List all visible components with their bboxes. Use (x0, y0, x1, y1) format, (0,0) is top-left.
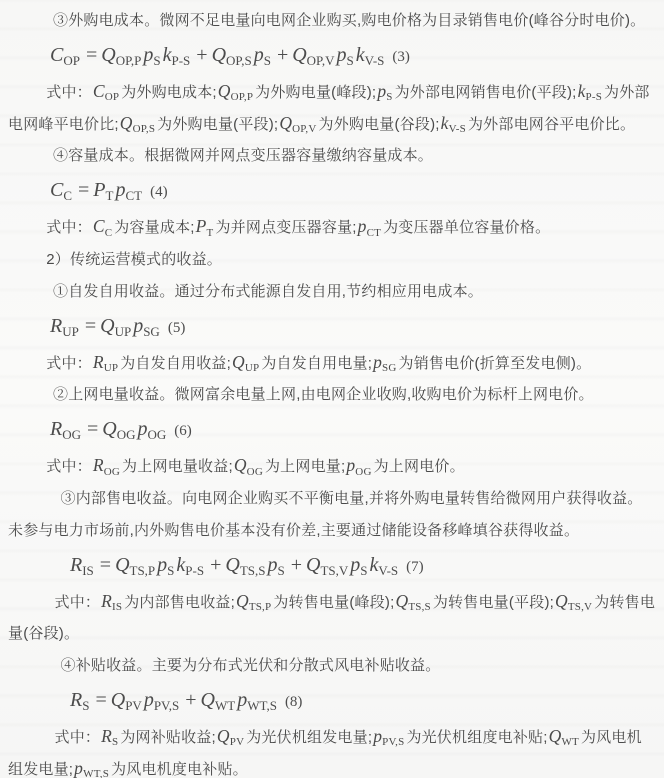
math-variable: Q (201, 689, 215, 711)
math-variable: R (101, 726, 112, 746)
text-run: 为风电机度电补贴。 (111, 761, 248, 778)
math-variable: Q (212, 44, 226, 66)
math-subscript: P-S (185, 563, 204, 578)
math-variable: Q (115, 554, 129, 576)
math-subscript: OG (117, 427, 136, 442)
math-subscript: OG (247, 466, 263, 478)
text-run: 为光伏机组发电量; (246, 729, 372, 746)
text-run: 为上网电价。 (374, 458, 465, 475)
math-subscript: IS (82, 563, 94, 578)
math-variable: Q (120, 113, 133, 133)
text-run: 为上网电量收益; (122, 458, 233, 475)
math-variable: Q (234, 455, 247, 475)
math-subscript: WT,S (247, 698, 277, 713)
equation-number: (5) (168, 320, 186, 336)
math-variable: R (70, 554, 82, 576)
math-subscript: PV (230, 736, 244, 748)
math-subscript: S (386, 91, 392, 103)
paragraph-p1: ③外购电成本。微网不足电量向电网企业购买,购电价格为目录销售电价(峰谷分时电价)… (8, 5, 656, 37)
text-run: 为内部售电收益; (124, 594, 235, 611)
math-variable: p (133, 315, 143, 337)
paragraph-p6: 式中：CC为容量成本;PT为并网点变压器容量;pCT为变压器单位容量价格。 (8, 212, 656, 244)
text-run: 为转售电量(平段); (433, 594, 554, 611)
math-variable: p (267, 554, 277, 576)
math-subscript: CT (125, 188, 142, 203)
math-subscript: OG (148, 427, 167, 442)
math-subscript: OG (104, 466, 120, 478)
text-run: ④补贴收益。主要为分布式光伏和分散式风电补贴收益。 (61, 657, 441, 674)
text-run: 为转售电量(峰段); (273, 594, 394, 611)
formula-f6: ROG=QOGpOG(6) (50, 417, 656, 442)
math-subscript: TS,S (408, 601, 431, 613)
math-subscript: SG (143, 324, 160, 339)
paragraph-p13: 式中：ROG为上网电量收益;QOG为上网电量;pOG为上网电价。 (8, 451, 656, 483)
text-run: 为上网电量; (265, 458, 345, 475)
math-operator: + (185, 689, 196, 711)
math-subscript: UP (115, 324, 132, 339)
math-subscript: UP (245, 362, 259, 374)
math-subscript: TS,P (130, 563, 156, 578)
formula-f8: RS=QPVpPV,S+QWTpWT,S(8) (70, 688, 656, 713)
math-variable: R (50, 315, 62, 337)
math-variable: p (377, 81, 386, 101)
math-subscript: TS,V (568, 601, 592, 613)
math-subscript: SG (382, 362, 396, 374)
math-subscript: S (360, 563, 367, 578)
math-variable: R (70, 689, 82, 711)
text-run: 为外购电量(峰段); (255, 84, 376, 101)
text-run: 为容量成本; (114, 219, 194, 236)
math-variable: Q (100, 315, 114, 337)
text-run: 为销售电价(折算至发电侧)。 (399, 355, 592, 372)
math-subscript: CT (367, 227, 381, 239)
math-variable: p (74, 758, 83, 778)
paragraph-p17: ④补贴收益。主要为分布式光伏和分散式风电补贴收益。 (8, 650, 656, 682)
text-run: 式中： (46, 219, 92, 236)
math-variable: k (441, 113, 449, 133)
paragraph-p7: 2）传统运营模式的收益。 (8, 244, 656, 276)
math-variable: Q (306, 554, 320, 576)
paragraph-p14: ③内部售电收益。向电网企业购买不平衡电量,并将外购电量转售给微网用户获得收益。未… (8, 483, 656, 547)
math-variable: p (373, 726, 382, 746)
math-subscript: C (105, 227, 113, 239)
math-operator: = (78, 179, 89, 201)
math-operator: + (277, 44, 288, 66)
math-subscript: T (207, 227, 214, 239)
math-subscript: OG (62, 427, 81, 442)
math-variable: C (50, 44, 63, 66)
text-run: 式中： (46, 355, 92, 372)
math-subscript: WT (561, 736, 579, 748)
math-variable: k (578, 81, 586, 101)
text-run: 式中： (55, 594, 101, 611)
math-variable: R (101, 591, 112, 611)
math-operator: + (196, 44, 207, 66)
math-variable: p (358, 216, 367, 236)
equation-number: (3) (392, 49, 410, 65)
text-run: 式中： (46, 458, 92, 475)
math-subscript: OP,P (231, 91, 254, 103)
text-run: ①自发自用收益。通过分布式能源自发自用,节约相应用电成本。 (53, 283, 483, 300)
math-variable: Q (236, 591, 249, 611)
math-subscript: V-S (378, 563, 398, 578)
math-variable: p (138, 418, 148, 440)
math-subscript: S (167, 563, 174, 578)
math-subscript: OG (355, 466, 371, 478)
document-page: ③外购电成本。微网不足电量向电网企业购买,购电价格为目录销售电价(峰谷分时电价)… (0, 0, 664, 778)
math-subscript: S (153, 53, 160, 68)
paragraph-p3: 式中：COP为外购电成本;QOP,P为外购电量(峰段);pS为外部电网销售电价(… (8, 77, 656, 141)
paragraph-p19: 式中：RS为网补贴收益;QPV为光伏机组发电量;pPV,S为光伏机组度电补贴;Q… (8, 722, 656, 778)
equation-number: (8) (285, 694, 303, 710)
text-run: ②上网电量收益。微网富余电量上网,由电网企业收购,收购电价为标杆上网电价。 (53, 386, 594, 403)
text-run: 式中： (55, 729, 101, 746)
math-variable: Q (555, 591, 568, 611)
math-variable: p (237, 689, 247, 711)
math-variable: p (115, 179, 125, 201)
math-variable: Q (218, 81, 231, 101)
text-run: ④容量成本。根据微网并网点变压器容量缴纳容量成本。 (53, 147, 433, 164)
math-subscript: OP,S (133, 123, 156, 135)
paragraph-p10: 式中：RUP为自发自用收益;QUP为自发自用电量;pSG为销售电价(折算至发电侧… (8, 348, 656, 380)
math-subscript: P-S (586, 91, 603, 103)
paragraph-p4: ④容量成本。根据微网并网点变压器容量缴纳容量成本。 (8, 140, 656, 172)
math-operator: + (291, 554, 302, 576)
math-variable: p (143, 44, 153, 66)
math-subscript: WT,S (83, 768, 109, 778)
math-subscript: PV,S (382, 736, 404, 748)
math-variable: C (93, 216, 105, 236)
math-subscript: OP,S (226, 53, 252, 68)
formula-f3: COP=QOP,PpSkP-S+QOP,SpS+QOP,VpSkV-S(3) (50, 43, 656, 68)
text-run: 为变压器单位容量价格。 (383, 219, 550, 236)
math-subscript: OP,V (292, 123, 316, 135)
document-blocks: ③外购电成本。微网不足电量向电网企业购买,购电价格为目录销售电价(峰谷分时电价)… (8, 5, 656, 778)
math-subscript: IS (112, 601, 122, 613)
math-subscript: V-S (365, 53, 385, 68)
math-variable: Q (396, 591, 409, 611)
math-variable: Q (292, 44, 306, 66)
math-subscript: TS,V (320, 563, 348, 578)
math-subscript: S (347, 53, 354, 68)
text-run: 为外部电网谷平电价比。 (468, 116, 635, 133)
formula-f7: RIS=QTS,PpSkP-S+QTS,SpS+QTS,VpSkV-S(7) (70, 553, 656, 578)
text-run: 为自发自用电量; (261, 355, 372, 372)
math-variable: p (373, 352, 382, 372)
math-variable: Q (217, 726, 230, 746)
math-variable: p (254, 44, 264, 66)
math-operator: = (95, 689, 106, 711)
text-run: 为光伏机组度电补贴; (406, 729, 547, 746)
math-operator: + (210, 554, 221, 576)
text-run: 为自发自用收益; (120, 355, 231, 372)
math-subscript: C (63, 188, 72, 203)
math-variable: p (337, 44, 347, 66)
paragraph-p11: ②上网电量收益。微网富余电量上网,由电网企业收购,收购电价为标杆上网电价。 (8, 379, 656, 411)
math-operator: = (86, 44, 97, 66)
paragraph-p16: 式中：RIS为内部售电收益;QTS,P为转售电量(峰段);QTS,S为转售电量(… (8, 587, 656, 651)
equation-number: (7) (406, 559, 424, 575)
math-variable: Q (549, 726, 562, 746)
math-variable: Q (101, 44, 115, 66)
text-run: 为网补贴收益; (120, 729, 216, 746)
formula-f5: RUP=QUPpSG(5) (50, 314, 656, 339)
math-subscript: TS,P (249, 601, 272, 613)
math-operator: = (87, 418, 98, 440)
equation-number: (4) (150, 184, 168, 200)
math-subscript: WT (215, 698, 235, 713)
text-run: 为外购电量(平段); (157, 116, 278, 133)
text-run: 2）传统运营模式的收益。 (46, 251, 222, 268)
math-operator: = (85, 315, 96, 337)
math-subscript: T (106, 188, 114, 203)
math-variable: Q (232, 352, 245, 372)
math-variable: p (346, 455, 355, 475)
math-variable: Q (225, 554, 239, 576)
text-run: 式中： (46, 84, 92, 101)
text-run: ③内部售电收益。向电网企业购买不平衡电量,并将外购电量转售给微网用户获得收益。未… (8, 490, 642, 539)
math-variable: C (93, 81, 105, 101)
math-operator: = (100, 554, 111, 576)
math-subscript: P-S (172, 53, 191, 68)
math-variable: k (356, 44, 365, 66)
math-subscript: S (112, 736, 118, 748)
math-variable: P (93, 179, 105, 201)
math-subscript: UP (104, 362, 118, 374)
equation-number: (6) (174, 423, 192, 439)
text-run: 为外购电量(谷段); (319, 116, 440, 133)
math-subscript: S (264, 53, 271, 68)
math-variable: p (144, 689, 154, 711)
math-variable: Q (279, 113, 292, 133)
paragraph-p8: ①自发自用收益。通过分布式能源自发自用,节约相应用电成本。 (8, 276, 656, 308)
math-subscript: TS,S (240, 563, 266, 578)
formula-f4: CC=PTpCT(4) (50, 178, 656, 203)
math-variable: Q (111, 689, 125, 711)
math-subscript: PV (125, 698, 142, 713)
math-variable: C (50, 179, 63, 201)
math-variable: R (93, 352, 104, 372)
math-variable: p (157, 554, 167, 576)
math-variable: P (196, 216, 207, 236)
math-subscript: PV,S (154, 698, 179, 713)
math-subscript: V-S (449, 123, 466, 135)
math-subscript: S (277, 563, 284, 578)
math-subscript: OP (105, 91, 119, 103)
math-subscript: OP,P (116, 53, 142, 68)
math-variable: Q (102, 418, 116, 440)
math-variable: R (93, 455, 104, 475)
math-subscript: OP (63, 53, 80, 68)
math-subscript: S (82, 698, 89, 713)
math-variable: R (50, 418, 62, 440)
math-variable: p (350, 554, 360, 576)
text-run: 为并网点变压器容量; (215, 219, 356, 236)
math-variable: k (176, 554, 185, 576)
math-subscript: OP,V (307, 53, 335, 68)
text-run: 为外部电网销售电价(平段); (395, 84, 577, 101)
math-variable: k (163, 44, 172, 66)
text-run: ③外购电成本。微网不足电量向电网企业购买,购电价格为目录销售电价(峰谷分时电价)… (53, 12, 645, 29)
text-run: 为外购电成本; (121, 84, 217, 101)
math-subscript: UP (62, 324, 79, 339)
